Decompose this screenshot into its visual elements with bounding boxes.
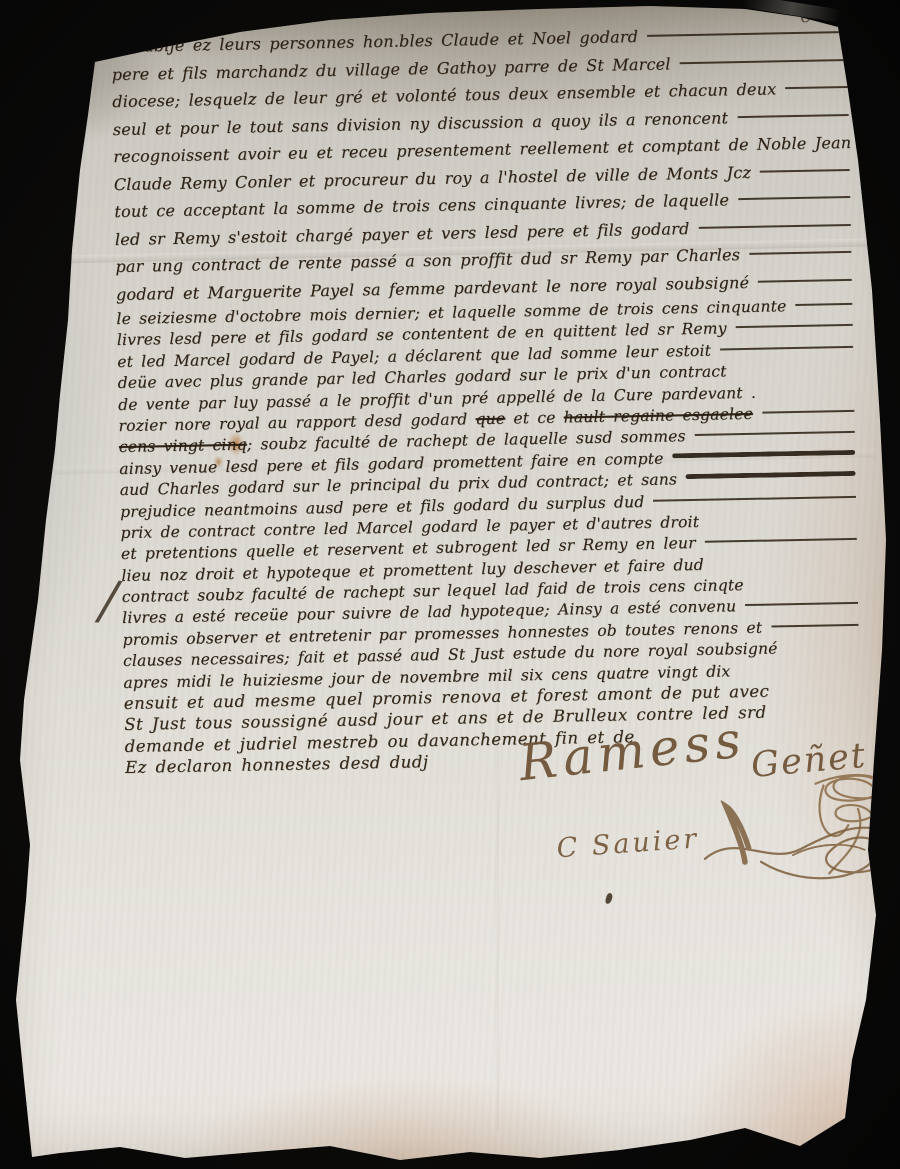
margin-slash-mark: ∕ bbox=[99, 575, 119, 628]
ink-filler-dash bbox=[686, 471, 856, 479]
ink-filler-dash bbox=[695, 431, 855, 436]
ink-filler-dash bbox=[758, 278, 852, 282]
struck-out-words: que bbox=[475, 410, 505, 429]
ink-filler-dash bbox=[736, 324, 853, 328]
manuscript-content: Establje ez leurs personnes hon.bles Cla… bbox=[0, 0, 900, 1169]
struck-out-words: cens vingt cinq bbox=[119, 436, 247, 456]
ink-filler-dash bbox=[680, 58, 848, 63]
manuscript-text-block: Establje ez leurs personnes hon.bles Cla… bbox=[111, 20, 865, 780]
ink-filler-dash bbox=[720, 346, 853, 351]
ink-filler-dash bbox=[705, 538, 857, 543]
ink-filler-dash bbox=[785, 86, 848, 89]
signature-paraph-flourish bbox=[696, 797, 900, 899]
ink-filler-dash bbox=[795, 303, 852, 306]
ink-filler-dash bbox=[749, 251, 851, 255]
ink-filler-dash bbox=[653, 495, 856, 501]
ink-filler-dash bbox=[647, 31, 847, 37]
struck-out-words: hault regaine esgaelee bbox=[564, 405, 754, 427]
ink-filler-dash bbox=[771, 624, 858, 628]
ink-filler-dash bbox=[762, 410, 854, 414]
ink-filler-dash bbox=[737, 113, 849, 117]
photo-background: 6 Establje ez leurs personnes hon.bles C… bbox=[0, 0, 900, 1169]
ink-filler-dash bbox=[698, 223, 850, 228]
ink-filler-dash bbox=[745, 602, 858, 606]
ink-filler-dash bbox=[760, 168, 850, 172]
ink-filler-dash bbox=[738, 196, 850, 200]
manuscript-page: 6 Establje ez leurs personnes hon.bles C… bbox=[0, 0, 900, 1169]
signature-sauier: C Sauier bbox=[556, 823, 701, 864]
ink-filler-dash bbox=[672, 450, 855, 459]
